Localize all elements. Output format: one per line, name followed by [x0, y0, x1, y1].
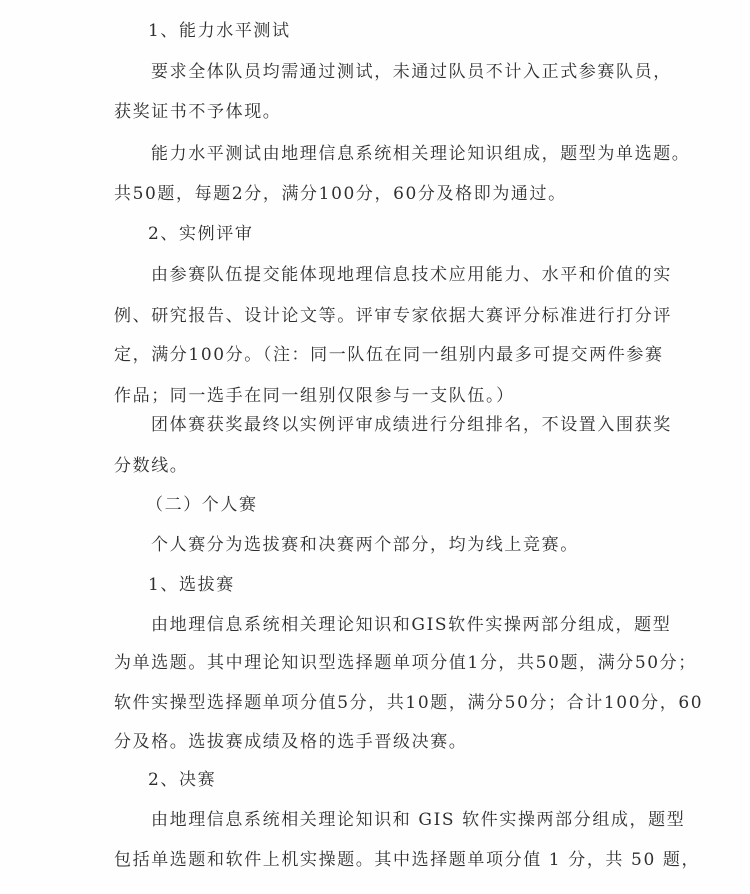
- paragraph-line: 个人赛分为选拔赛和决赛两个部分，均为线上竞赛。: [151, 534, 640, 556]
- paragraph-line: 获奖证书不予体现。: [114, 101, 640, 123]
- paragraph-line: 作品；同一选手在同一组别仅限参与一支队伍。）: [114, 385, 640, 407]
- paragraph-line: 例、研究报告、设计论文等。评审专家依据大赛评分标准进行打分评: [114, 305, 640, 327]
- paragraph-line: 分及格。选拔赛成绩及格的选手晋级决赛。: [114, 731, 640, 753]
- paragraph-line: 由参赛队伍提交能体现地理信息技术应用能力、水平和价值的实: [151, 264, 640, 286]
- section-heading: 2、决赛: [148, 769, 674, 791]
- paragraph-line: 分数线。: [114, 455, 640, 477]
- paragraph-line: 包括单选题和软件上机实操题。其中选择题单项分值 1 分，共 50 题，: [114, 849, 640, 871]
- paragraph-line: 共50题，每题2分，满分100分，60分及格即为通过。: [114, 183, 640, 205]
- paragraph-line: 由地理信息系统相关理论知识和GIS软件实操两部分组成，题型: [151, 614, 640, 636]
- document-page: 1、能力水平测试 要求全体队员均需通过测试，未通过队员不计入正式参赛队员， 获奖…: [0, 0, 750, 894]
- paragraph-line: 定，满分100分。（注：同一队伍在同一组别内最多可提交两件参赛: [114, 344, 640, 366]
- paragraph-line: 团体赛获奖最终以实例评审成绩进行分组排名，不设置入围获奖: [151, 414, 640, 436]
- section-heading: 2、实例评审: [148, 223, 674, 245]
- section-heading: 1、能力水平测试: [148, 20, 674, 42]
- section-heading: 1、选拔赛: [148, 574, 674, 596]
- paragraph-line: 由地理信息系统相关理论知识和 GIS 软件实操两部分组成，题型: [151, 809, 640, 831]
- paragraph-line: 要求全体队员均需通过测试，未通过队员不计入正式参赛队员，: [151, 61, 640, 83]
- section-heading: （二）个人赛: [146, 494, 672, 516]
- paragraph-line: 软件实操型选择题单项分值5分，共10题，满分50分；合计100分，60: [114, 692, 640, 714]
- paragraph-line: 能力水平测试由地理信息系统相关理论知识组成，题型为单选题。: [151, 143, 640, 165]
- paragraph-line: 为单选题。其中理论知识型选择题单项分值1分，共50题，满分50分；: [114, 652, 640, 674]
